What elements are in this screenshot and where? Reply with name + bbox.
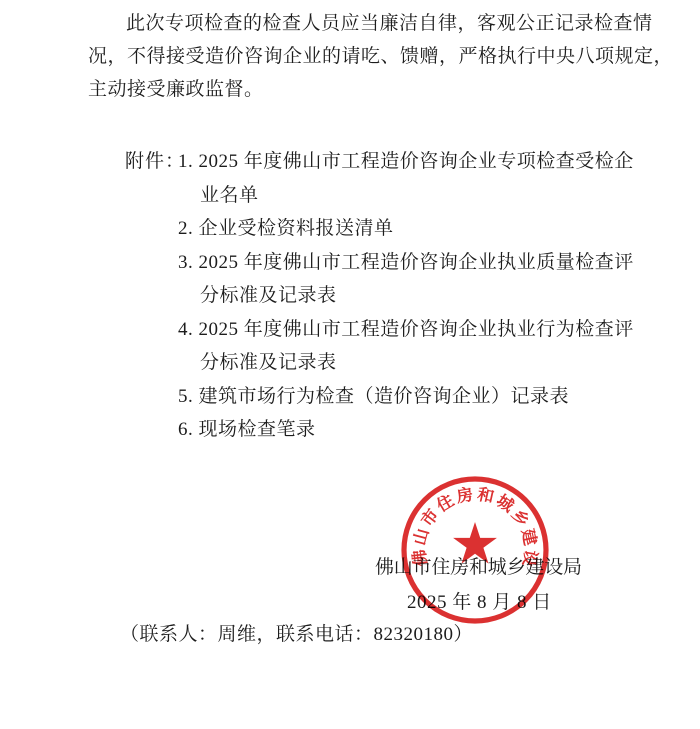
attachment-item-line: 3. 2025 年度佛山市工程造价咨询企业执业质量检查评	[178, 246, 634, 280]
attachment-item: 3. 2025 年度佛山市工程造价咨询企业执业质量检查评分标准及记录表	[178, 246, 634, 313]
paragraph-line: 主动接受廉政监督。	[88, 73, 673, 106]
signature-date: 2025 年 8 月 8 日	[407, 586, 552, 619]
document-page: 此次专项检查的检查人员应当廉洁自律，客观公正记录检查情况，不得接受造价咨询企业的…	[0, 0, 700, 729]
agency-signature: 佛山市住房和城乡建设局	[375, 551, 582, 584]
attachment-item-line: 5. 建筑市场行为检查（造价咨询企业）记录表	[178, 380, 634, 414]
attachment-item: 6. 现场检查笔录	[178, 413, 634, 447]
body-paragraph: 此次专项检查的检查人员应当廉洁自律，客观公正记录检查情况，不得接受造价咨询企业的…	[88, 7, 673, 106]
attachment-item-line: 业名单	[200, 179, 634, 213]
attachment-item-line: 4. 2025 年度佛山市工程造价咨询企业执业行为检查评	[178, 313, 634, 347]
attachment-item: 5. 建筑市场行为检查（造价咨询企业）记录表	[178, 380, 634, 414]
attachments-label: 附件：	[125, 145, 185, 179]
attachments-list: 1. 2025 年度佛山市工程造价咨询企业专项检查受检企业名单2. 企业受检资料…	[178, 145, 634, 447]
paragraph-line: 此次专项检查的检查人员应当廉洁自律，客观公正记录检查情	[88, 7, 673, 40]
attachment-item-line: 2. 企业受检资料报送清单	[178, 212, 634, 246]
attachment-item-line: 1. 2025 年度佛山市工程造价咨询企业专项检查受检企	[178, 145, 634, 179]
contact-info: （联系人：周维，联系电话：82320180）	[120, 618, 473, 651]
attachment-item: 4. 2025 年度佛山市工程造价咨询企业执业行为检查评分标准及记录表	[178, 313, 634, 380]
attachment-item: 1. 2025 年度佛山市工程造价咨询企业专项检查受检企业名单	[178, 145, 634, 212]
attachment-item-line: 分标准及记录表	[200, 279, 634, 313]
attachment-item: 2. 企业受检资料报送清单	[178, 212, 634, 246]
attachment-item-line: 6. 现场检查笔录	[178, 413, 634, 447]
paragraph-line: 况，不得接受造价咨询企业的请吃、馈赠，严格执行中央八项规定，	[88, 40, 673, 73]
attachment-item-line: 分标准及记录表	[200, 346, 634, 380]
